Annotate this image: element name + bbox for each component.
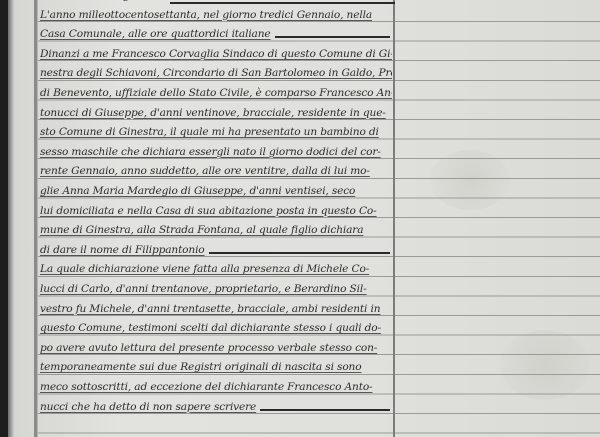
line-filler (275, 36, 390, 38)
text-line: questo Comune, testimoni scelti dal dich… (40, 318, 392, 338)
text-line: mune di Ginestra, alla Strada Fontana, a… (40, 220, 392, 240)
text-line: nestra degli Schiavoni, Circondario di S… (40, 63, 392, 83)
paper-stain (500, 330, 590, 400)
text-line: Casa Comunale, alle ore quattordici ital… (40, 24, 392, 44)
text-line: vestro fu Michele, d'anni trentasette, b… (40, 298, 392, 318)
left-margin-rule (34, 0, 38, 437)
line-filler (209, 252, 390, 254)
text-line: di dare il nome di Filippantonio (40, 239, 392, 259)
book-binding-edge (0, 0, 8, 437)
text-line: lucci di Carlo, d'anni trentanove, propr… (40, 278, 392, 298)
text-line: lui domiciliata e nella Casa di sua abit… (40, 200, 392, 220)
text-line: Dinanzi a me Francesco Corvaglia Sindaco… (40, 43, 392, 63)
text-line: rente Gennaio, anno suddetto, alle ore v… (40, 161, 392, 181)
column-divider (393, 0, 395, 437)
text-line: temporaneamente sui due Registri origina… (40, 357, 392, 377)
binding-shadow (8, 0, 14, 437)
paper-stain (430, 150, 510, 210)
text-line: po avere avuto lettura del presente proc… (40, 337, 392, 357)
line-filler (260, 409, 390, 411)
text-line: di Benevento, uffiziale dello Stato Civi… (40, 82, 392, 102)
text-line: sto Comune di Ginestra, il quale mi ha p… (40, 122, 392, 142)
text-line: tonucci di Giuseppe, d'anni ventinove, b… (40, 102, 392, 122)
text-line: sesso maschile che dichiara essergli nat… (40, 141, 392, 161)
record-body: L'anno milleottocentosettanta, nel giorn… (40, 0, 392, 437)
text-line: nucci che ha detto di non sapere scriver… (40, 396, 392, 416)
text-line: L'anno milleottocentosettanta, nel giorn… (40, 4, 392, 24)
text-line: meco sottoscritti, ad eccezione del dich… (40, 376, 392, 396)
text-line: La quale dichiarazione viene fatta alla … (40, 259, 392, 279)
text-line: glie Anna Maria Mardegio di Giuseppe, d'… (40, 180, 392, 200)
register-page: F. Corvaglia L'anno milleottocentosettan… (0, 0, 600, 437)
